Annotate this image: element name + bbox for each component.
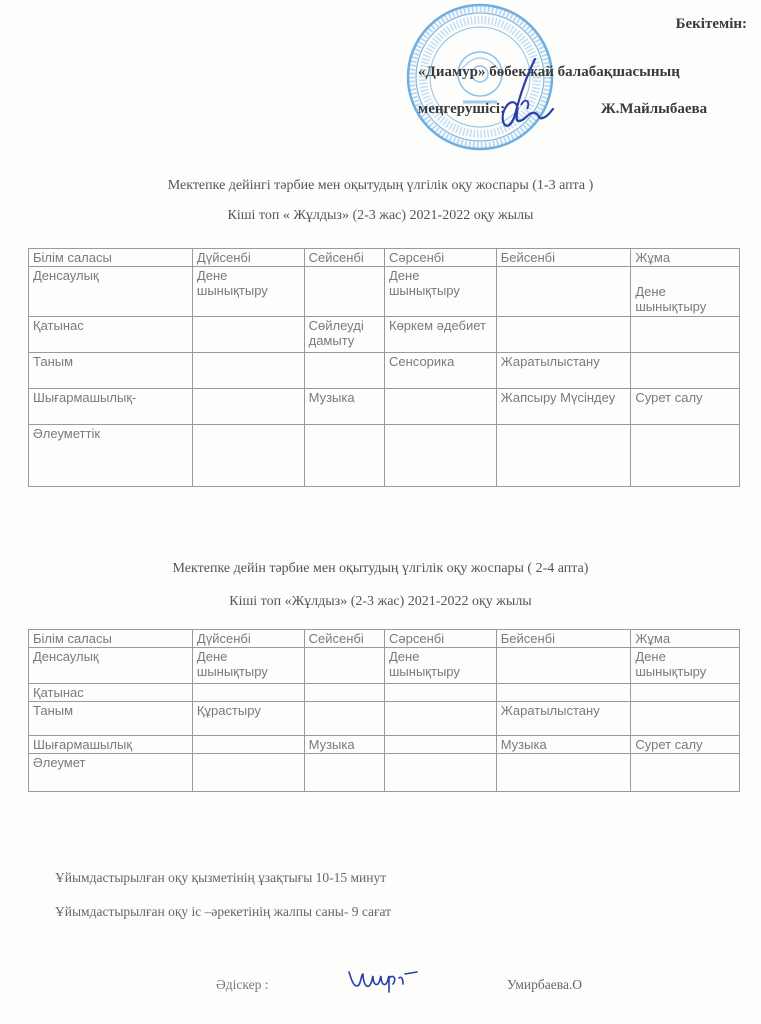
table-cell	[192, 684, 304, 702]
table-cell	[631, 684, 740, 702]
table-cell	[385, 684, 497, 702]
note-duration: Ұйымдастырылған оқу қызметінің ұзақтығы …	[55, 870, 386, 886]
header-cell: Сәрсенбі	[385, 630, 497, 648]
table-row: Таным Сенсорика Жаратылыстану	[29, 353, 740, 389]
header-cell: Жұма	[631, 630, 740, 648]
table-cell	[304, 648, 384, 684]
table-cell: Көркем әдебиет	[385, 317, 497, 353]
table-cell	[496, 425, 631, 487]
table-cell	[304, 353, 384, 389]
table-header-row: Білім саласы Дүйсенбі Сейсенбі Сәрсенбі …	[29, 630, 740, 648]
table-cell	[304, 684, 384, 702]
plan1-title: Мектепке дейінгі тәрбие мен оқытудың үлг…	[0, 178, 761, 194]
table-cell: Дене шынықтыру	[385, 267, 497, 317]
table-cell	[631, 317, 740, 353]
table-cell	[631, 702, 740, 736]
methodist-name: Умирбаева.О	[507, 977, 582, 993]
plan2-table: Білім саласы Дүйсенбі Сейсенбі Сәрсенбі …	[28, 629, 740, 792]
table-cell	[304, 754, 384, 792]
table-cell	[385, 702, 497, 736]
table-cell	[192, 389, 304, 425]
table-cell	[192, 353, 304, 389]
table-row: Қатынас	[29, 684, 740, 702]
table-cell: Сөйлеуді дамыту	[304, 317, 384, 353]
header-cell: Жұма	[631, 249, 740, 267]
table-row: Қатынас Сөйлеуді дамыту Көркем әдебиет	[29, 317, 740, 353]
table-cell: Дене шынықтыру	[192, 648, 304, 684]
table-cell	[385, 425, 497, 487]
table-cell: Музыка	[304, 736, 384, 754]
table-cell: Қатынас	[29, 317, 193, 353]
table-row: Әлеуметтік	[29, 425, 740, 487]
table-cell	[631, 754, 740, 792]
table-cell: Қатынас	[29, 684, 193, 702]
director-signature-icon	[475, 55, 555, 135]
table-cell: Сурет салу	[631, 736, 740, 754]
table-cell: Сурет салу	[631, 389, 740, 425]
table-cell	[192, 317, 304, 353]
table-cell	[304, 702, 384, 736]
table-cell: Дене шынықтыру	[631, 648, 740, 684]
table-row: Денсаулық Дене шынықтыру Дене шынықтыру …	[29, 648, 740, 684]
table-cell	[496, 267, 631, 317]
approval-name: Ж.Майлыбаева	[601, 101, 707, 117]
table-cell: Әлеумет	[29, 754, 193, 792]
table-cell: Таным	[29, 702, 193, 736]
header-cell: Сейсенбі	[304, 630, 384, 648]
table-cell: Денсаулық	[29, 267, 193, 317]
table-cell: Жаратылыстану	[496, 353, 631, 389]
table-cell	[304, 267, 384, 317]
table-cell: Құрастыру	[192, 702, 304, 736]
table-row: Шығармашылық Музыка Музыка Сурет салу	[29, 736, 740, 754]
table-cell: Шығармашылық	[29, 736, 193, 754]
header-cell: Бейсенбі	[496, 630, 631, 648]
table-cell	[496, 317, 631, 353]
table-cell	[192, 425, 304, 487]
header-cell: Сәрсенбі	[385, 249, 497, 267]
table-cell	[385, 389, 497, 425]
table-cell: Шығармашылық-	[29, 389, 193, 425]
table-cell: Таным	[29, 353, 193, 389]
header-cell: Білім саласы	[29, 630, 193, 648]
plan2-subtitle: Кіші топ «Жұлдыз» (2-3 жас) 2021-2022 оқ…	[0, 594, 761, 610]
table-cell: Дене шынықтыру	[192, 267, 304, 317]
header-cell: Дүйсенбі	[192, 630, 304, 648]
table-row: Таным Құрастыру Жаратылыстану	[29, 702, 740, 736]
table-cell: Жапсыру Мүсіндеу	[496, 389, 631, 425]
table-cell	[631, 425, 740, 487]
table-cell	[304, 425, 384, 487]
header-cell: Білім саласы	[29, 249, 193, 267]
header-cell: Дүйсенбі	[192, 249, 304, 267]
table-cell	[496, 684, 631, 702]
plan1-subtitle: Кіші топ « Жұлдыз» (2-3 жас) 2021-2022 о…	[0, 208, 761, 224]
table-cell: Денсаулық	[29, 648, 193, 684]
table-cell	[496, 648, 631, 684]
table-row: Шығармашылық- Музыка Жапсыру Мүсіндеу Су…	[29, 389, 740, 425]
plan1-table: Білім саласы Дүйсенбі Сейсенбі Сәрсенбі …	[28, 248, 740, 487]
table-cell: Сенсорика	[385, 353, 497, 389]
table-cell: Әлеуметтік	[29, 425, 193, 487]
table-cell	[631, 353, 740, 389]
table-header-row: Білім саласы Дүйсенбі Сейсенбі Сәрсенбі …	[29, 249, 740, 267]
approval-position-line: меңгерушісі: Ж.Майлыбаева	[418, 101, 707, 118]
table-cell	[192, 736, 304, 754]
note-total: Ұйымдастырылған оқу іс –әрекетінің жалпы…	[55, 904, 391, 920]
table-cell: Музыка	[496, 736, 631, 754]
methodist-label: Әдіскер :	[216, 977, 268, 993]
table-row: Әлеумет	[29, 754, 740, 792]
table-cell	[496, 754, 631, 792]
header-cell: Бейсенбі	[496, 249, 631, 267]
table-cell: Музыка	[304, 389, 384, 425]
table-cell	[192, 754, 304, 792]
table-cell: Дене шынықтыру	[631, 267, 740, 317]
methodist-signature-icon	[345, 964, 425, 996]
table-cell: Дене шынықтыру	[385, 648, 497, 684]
header-cell: Сейсенбі	[304, 249, 384, 267]
table-row: Денсаулық Дене шынықтыру Дене шынықтыру …	[29, 267, 740, 317]
approval-label: Бекітемін:	[676, 16, 747, 33]
table-cell	[385, 754, 497, 792]
table-cell	[385, 736, 497, 754]
plan2-title: Мектепке дейін тәрбие мен оқытудың үлгіл…	[0, 561, 761, 577]
table-cell: Жаратылыстану	[496, 702, 631, 736]
